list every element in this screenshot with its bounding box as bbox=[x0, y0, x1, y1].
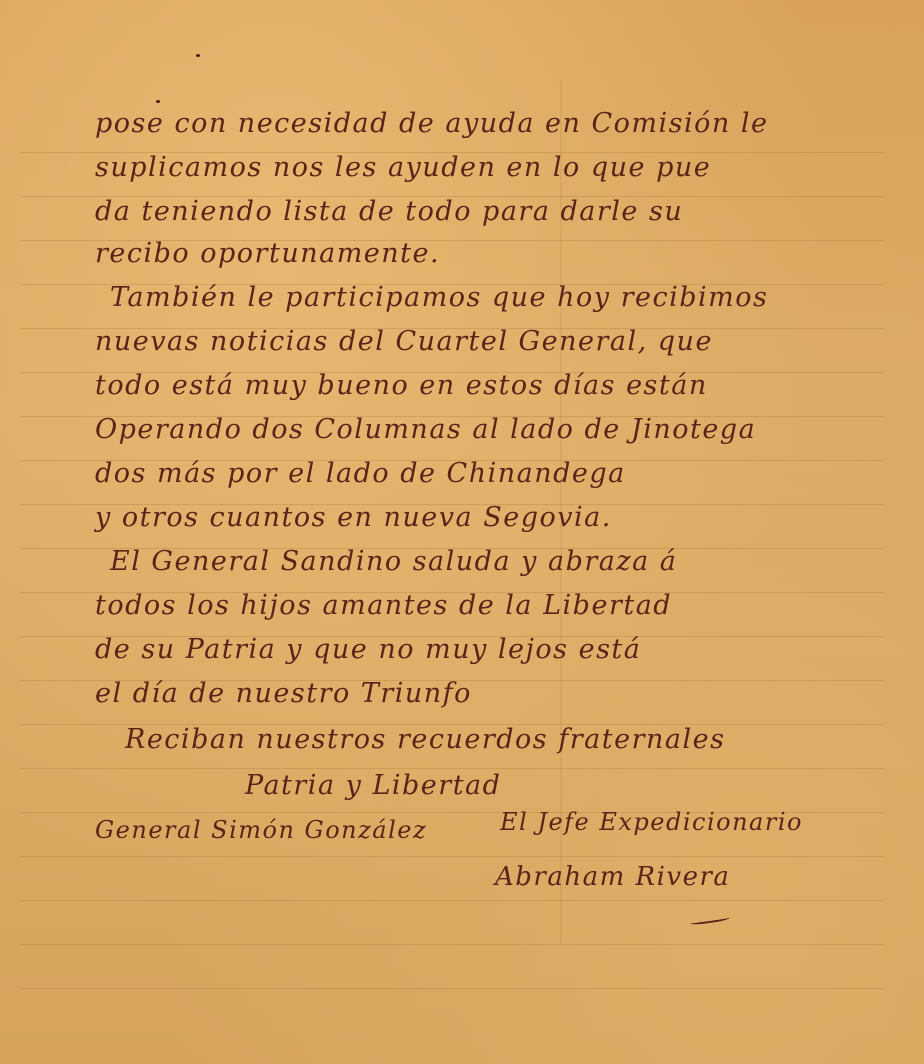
ink-flourish bbox=[690, 915, 730, 926]
letter-line: recibo oportunamente. bbox=[95, 238, 440, 269]
letter-motto: Patria y Libertad bbox=[245, 770, 501, 801]
letter-line: todo está muy bueno en estos días están bbox=[95, 370, 708, 401]
letter-closing: Reciban nuestros recuerdos fraternales bbox=[125, 724, 725, 755]
ruled-line bbox=[20, 944, 884, 945]
letter-line: el día de nuestro Triunfo bbox=[95, 678, 472, 709]
letter-line: nuevas noticias del Cuartel General, que bbox=[95, 326, 713, 357]
ink-spot bbox=[196, 54, 200, 57]
letter-line: todos los hijos amantes de la Libertad bbox=[95, 590, 672, 621]
letter-line: da teniendo lista de todo para darle su bbox=[95, 196, 683, 227]
letter-line: Operando dos Columnas al lado de Jinoteg… bbox=[95, 414, 756, 445]
letter-line: El General Sandino saluda y abraza á bbox=[110, 546, 677, 577]
ruled-line bbox=[20, 768, 884, 769]
signature-left: General Simón González bbox=[95, 816, 427, 844]
signature-right-name: Abraham Rivera bbox=[495, 862, 730, 892]
letter-line: dos más por el lado de Chinandega bbox=[95, 458, 626, 489]
ruled-line bbox=[20, 988, 884, 989]
letter-line: También le participamos que hoy recibimo… bbox=[110, 282, 768, 313]
ruled-line bbox=[20, 900, 884, 901]
signature-right-title: El Jefe Expedicionario bbox=[500, 808, 803, 836]
letter-page: pose con necesidad de ayuda en Comisión … bbox=[0, 0, 924, 1064]
letter-line: y otros cuantos en nueva Segovia. bbox=[95, 502, 612, 533]
letter-line: suplicamos nos les ayuden en lo que pue bbox=[95, 152, 711, 183]
letter-line: pose con necesidad de ayuda en Comisión … bbox=[95, 108, 769, 139]
letter-line: de su Patria y que no muy lejos está bbox=[95, 634, 641, 665]
ruled-line bbox=[20, 856, 884, 857]
ink-spot bbox=[156, 100, 160, 103]
